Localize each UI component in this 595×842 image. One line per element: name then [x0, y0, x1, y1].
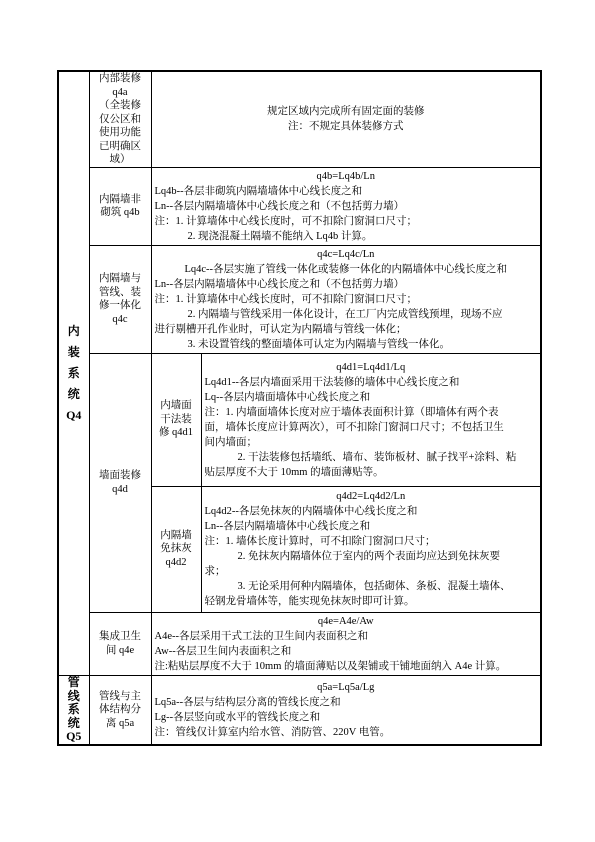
label-line: q4d	[90, 483, 151, 497]
content-line: Lq4d2--各层免抹灰的内隔墙体中心线长度之和	[205, 504, 538, 519]
label-line: 内部装修	[90, 72, 151, 86]
row-label-q4b: 内隔墙非 砌筑 q4b	[89, 167, 151, 245]
label-line: 使用功能	[90, 126, 151, 140]
vertical-char: 统	[59, 384, 89, 405]
label-line: 体结构分	[90, 703, 151, 717]
label-line: 内隔墙非	[90, 193, 151, 207]
content-line: Ln--各层内隔墙墙体中心线长度之和	[205, 519, 538, 534]
formula-line: q4d1=Lq4d1/Lq	[205, 360, 538, 375]
vertical-char: 系	[59, 703, 89, 717]
content-line: 2. 内隔墙与管线采用一体化设计，在工厂内完成管线预埋，现场不应	[155, 307, 538, 322]
vertical-char: Q4	[59, 405, 89, 426]
content-line: 2. 免抹灰内隔墙体位于室内的两个表面均应达到免抹灰要	[205, 549, 538, 564]
content-line: 面，墙体长度应计算两次），可不扣除门窗洞口尺寸；不包括卫生	[205, 420, 538, 435]
content-line: Lq4b--各层非砌筑内隔墙墙体中心线长度之和	[155, 184, 538, 199]
content-q4d2: q4d2=Lq4d2/Ln Lq4d2--各层免抹灰的内隔墙体中心线长度之和 L…	[201, 486, 541, 612]
content-line: 2. 干法装修包括墙纸、墙布、装饰板材、腻子找平+涂料、粘	[205, 450, 538, 465]
label-line: 管线与主	[90, 690, 151, 704]
content-q4d1: q4d1=Lq4d1/Lq Lq4d1--各层内墙面采用干法装修的墙体中心线长度…	[201, 353, 541, 486]
label-line: 墙面装修	[90, 469, 151, 483]
row-label-q5a: 管线与主 体结构分 离 q5a	[89, 675, 151, 745]
content-line: 规定区域内完成所有固定面的装修	[155, 104, 538, 119]
formula-line: q4d2=Lq4d2/Ln	[205, 489, 538, 504]
content-line: 注：1. 计算墙体中心线长度时，可不扣除门窗洞口尺寸；	[155, 292, 538, 307]
vertical-char: 管	[59, 676, 89, 690]
content-q5a: q5a=Lq5a/Lg Lq5a--各层与结构层分离的管线长度之和 Lg--各层…	[151, 675, 541, 745]
vertical-char: 统	[59, 717, 89, 731]
label-line: 内隔墙与	[90, 272, 151, 286]
vertical-char: 系	[59, 363, 89, 384]
content-line: Lq5a--各层与结构层分离的管线长度之和	[155, 695, 538, 710]
label-line: 修一体化	[90, 299, 151, 313]
sub-label-q4d1: 内墙面 干法装 修 q4d1	[151, 353, 201, 486]
content-q4e: q4e=A4e/Aw A4e--各层采用干式工法的卫生间内表面积之和 Aw--各…	[151, 612, 541, 675]
content-line: 进行剔槽开孔作业时，可认定为内隔墙与管线一体化；	[155, 322, 538, 337]
label-line: 内隔墙	[152, 529, 201, 543]
formula-line: q4b=Lq4b/Ln	[155, 169, 538, 184]
content-line: Lq4c--各层实施了管线一体化或装修一体化的内隔墙体中心线长度之和	[155, 262, 538, 277]
vertical-char: 线	[59, 690, 89, 704]
content-q4a: 规定区域内完成所有固定面的装修 注：不规定具体装修方式	[151, 71, 541, 167]
label-line: 集成卫生	[90, 630, 151, 644]
content-line: 注：不规定具体装修方式	[155, 119, 538, 134]
section-header-q5: 管 线 系 统 Q5	[58, 675, 89, 745]
label-line: 已明确区	[90, 140, 151, 154]
content-line: 注：管线仅计算室内给水管、消防管、220V 电管。	[155, 725, 538, 740]
label-line: 管线、装	[90, 286, 151, 300]
content-line: Ln--各层内隔墙墙体中心线长度之和（不包括剪力墙）	[155, 277, 538, 292]
section-header-q4: 内 装 系 统 Q4	[58, 71, 89, 675]
formula-line: q5a=Lq5a/Lg	[155, 680, 538, 695]
content-line: 注：1. 计算墙体中心线长度时，可不扣除门窗洞口尺寸；	[155, 214, 538, 229]
content-line: 注：1. 墙体长度计算时，可不扣除门窗洞口尺寸；	[205, 534, 538, 549]
label-line: 仅公区和	[90, 113, 151, 127]
content-line: Lq--各层内墙面墙体中心线长度之和	[205, 390, 538, 405]
vertical-char: 内	[59, 321, 89, 342]
row-label-q4a: 内部装修 q4a （全装修 仅公区和 使用功能 已明确区 域）	[89, 71, 151, 167]
content-line: 轻钢龙骨墙体等，能实现免抹灰时即可计算。	[205, 594, 538, 609]
content-line: Lq4d1--各层内墙面采用干法装修的墙体中心线长度之和	[205, 375, 538, 390]
assembly-index-table: 内 装 系 统 Q4 内部装修 q4a （全装修 仅公区和 使用功能 已明确区 …	[57, 70, 542, 746]
label-line: 间 q4e	[90, 644, 151, 658]
content-line: 贴层厚度不大于 10mm 的墙面薄贴等。	[205, 465, 538, 480]
label-line: 修 q4d1	[152, 426, 201, 440]
document-page: 内 装 系 统 Q4 内部装修 q4a （全装修 仅公区和 使用功能 已明确区 …	[0, 0, 595, 842]
content-line: 3. 无论采用何种内隔墙体，包括砌体、条板、混凝土墙体、	[205, 579, 538, 594]
label-line: 砌筑 q4b	[90, 206, 151, 220]
label-line: q4a	[90, 86, 151, 100]
content-line: 注：1. 内墙面墙体长度对应于墙体表面积计算（即墙体有两个表	[205, 405, 538, 420]
label-line: 免抹灰	[152, 542, 201, 556]
content-line: A4e--各层采用干式工法的卫生间内表面积之和	[155, 629, 538, 644]
content-line: Aw--各层卫生间内表面积之和	[155, 644, 538, 659]
content-line: Ln--各层内隔墙墙体中心线长度之和（不包括剪力墙）	[155, 199, 538, 214]
label-line: 内墙面	[152, 399, 201, 413]
label-line: 干法装	[152, 413, 201, 427]
label-line: （全装修	[90, 99, 151, 113]
content-line: 求；	[205, 564, 538, 579]
label-line: 离 q5a	[90, 717, 151, 731]
row-label-q4d: 墙面装修 q4d	[89, 353, 151, 612]
row-label-q4c: 内隔墙与 管线、装 修一体化 q4c	[89, 245, 151, 353]
formula-line: q4c=Lq4c/Ln	[155, 247, 538, 262]
sub-label-q4d2: 内隔墙 免抹灰 q4d2	[151, 486, 201, 612]
formula-line: q4e=A4e/Aw	[155, 614, 538, 629]
row-label-q4e: 集成卫生 间 q4e	[89, 612, 151, 675]
vertical-char: 装	[59, 342, 89, 363]
content-line: Lg--各层竖向或水平的管线长度之和	[155, 710, 538, 725]
content-line: 注:粘贴层厚度不大于 10mm 的墙面薄贴以及架铺或干铺地面纳入 A4e 计算。	[155, 659, 538, 674]
content-q4c: q4c=Lq4c/Ln Lq4c--各层实施了管线一体化或装修一体化的内隔墙体中…	[151, 245, 541, 353]
label-line: q4d2	[152, 556, 201, 570]
content-line: 间内墙面；	[205, 435, 538, 450]
content-line: 3. 未设置管线的整面墙体可认定为内隔墙与管线一体化。	[155, 337, 538, 352]
vertical-char: Q5	[59, 730, 89, 744]
content-line: 2. 现浇混凝土隔墙不能纳入 Lq4b 计算。	[155, 229, 538, 244]
label-line: 域）	[90, 153, 151, 167]
label-line: q4c	[90, 313, 151, 327]
content-q4b: q4b=Lq4b/Ln Lq4b--各层非砌筑内隔墙墙体中心线长度之和 Ln--…	[151, 167, 541, 245]
